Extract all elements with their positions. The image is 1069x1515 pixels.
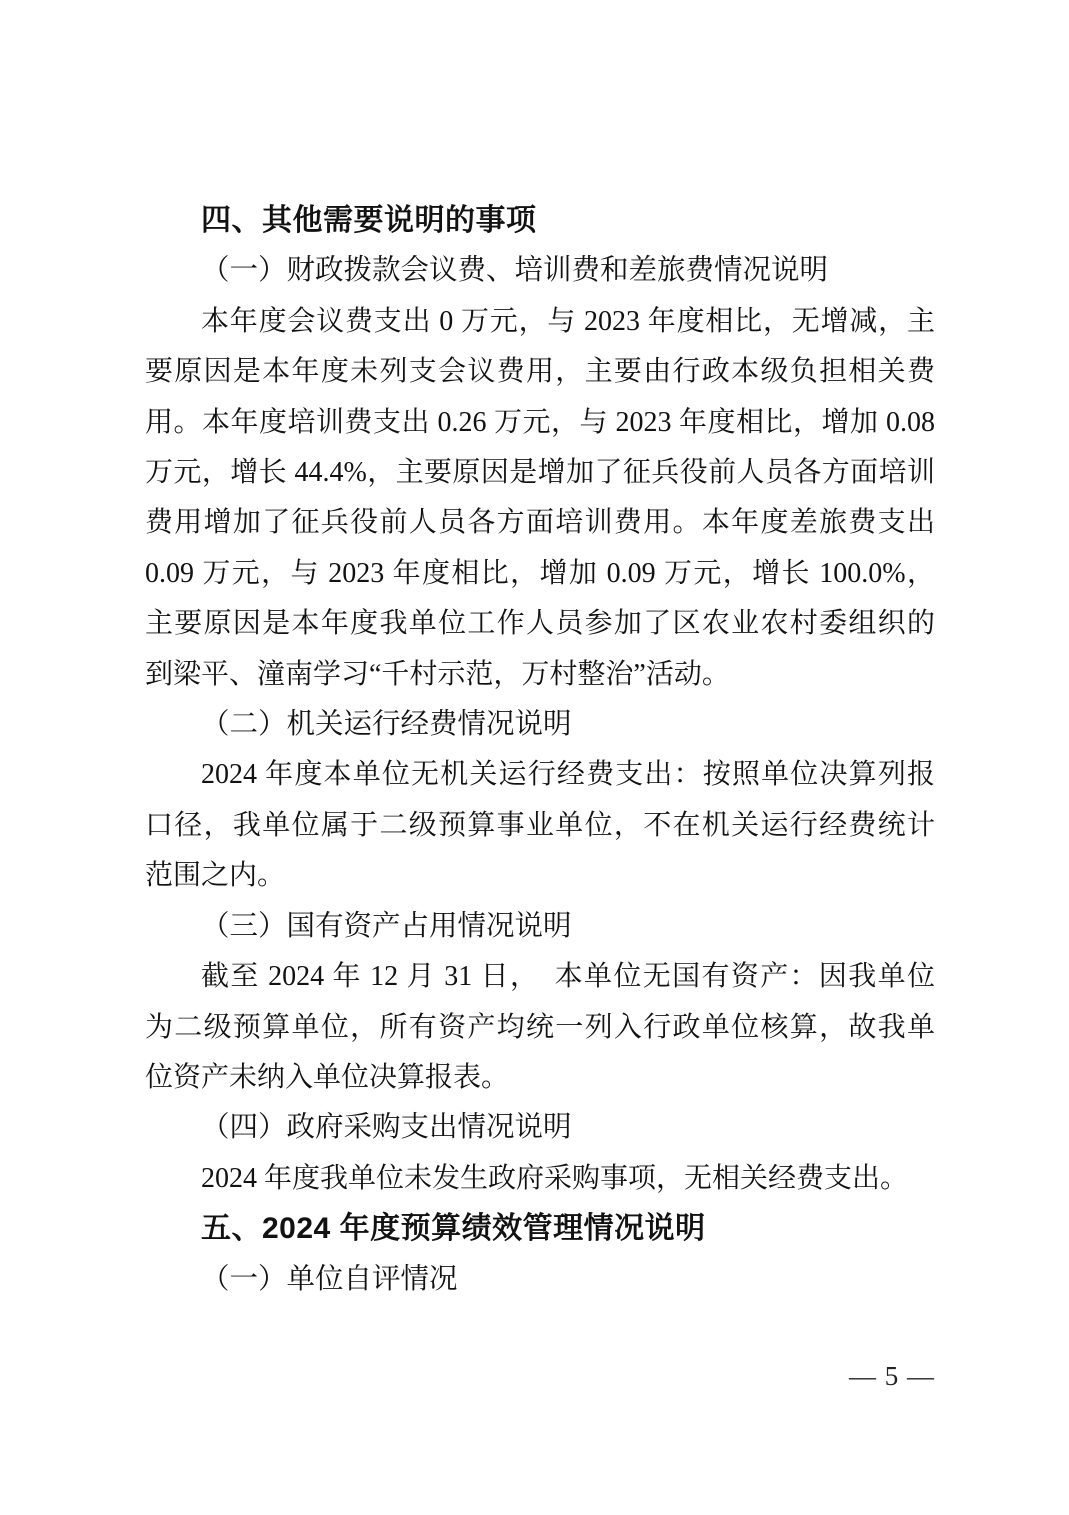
paragraph-line: 口径，我单位属于二级预算事业单位，不在机关运行经费统计 [145,801,935,851]
paragraph-line: 要原因是本年度未列支会议费用，主要由行政本级负担相关费 [145,347,935,397]
paragraph-line: 2024 年度本单位无机关运行经费支出：按照单位决算列报 [145,750,935,800]
section-4-heading: 四、其他需要说明的事项 [145,196,935,246]
paragraph-line: 为二级预算单位，所有资产均统一列入行政单位核算，故我单 [145,1003,935,1053]
section-4-subheading-4: （四）政府采购支出情况说明 [145,1103,935,1153]
paragraph-line: 用。本年度培训费支出 0.26 万元，与 2023 年度相比，增加 0.08 [145,398,935,448]
document-page: 四、其他需要说明的事项 （一）财政拨款会议费、培训费和差旅费情况说明 本年度会议… [0,0,1069,1515]
page-number: — 5 — [849,1354,935,1398]
paragraph-line: 0.09 万元，与 2023 年度相比，增加 0.09 万元，增长 100.0%… [145,549,935,599]
paragraph-line: 费用增加了征兵役前人员各方面培训费用。本年度差旅费支出 [145,498,935,548]
paragraph-line: 主要原因是本年度我单位工作人员参加了区农业农村委组织的 [145,599,935,649]
paragraph-line: 截至 2024 年 12 月 31 日， 本单位无国有资产：因我单位 [145,952,935,1002]
section-5-heading: 五、2024 年度预算绩效管理情况说明 [145,1204,935,1254]
section-4-subheading-3: （三）国有资产占用情况说明 [145,902,935,952]
section-4-subheading-1: （一）财政拨款会议费、培训费和差旅费情况说明 [145,246,935,296]
paragraph-line: 位资产未纳入单位决算报表。 [145,1053,935,1103]
section-5-subheading-1: （一）单位自评情况 [145,1255,935,1305]
paragraph-line: 本年度会议费支出 0 万元，与 2023 年度相比，无增减，主 [145,297,935,347]
section-4-subheading-2: （二）机关运行经费情况说明 [145,700,935,750]
document-text-block: 四、其他需要说明的事项 （一）财政拨款会议费、培训费和差旅费情况说明 本年度会议… [145,196,935,1305]
paragraph-line: 到梁平、潼南学习“千村示范，万村整治”活动。 [145,650,935,700]
paragraph-line: 2024 年度我单位未发生政府采购事项，无相关经费支出。 [145,1154,935,1204]
paragraph-line: 万元，增长 44.4%，主要原因是增加了征兵役前人员各方面培训 [145,448,935,498]
paragraph-line: 范围之内。 [145,851,935,901]
